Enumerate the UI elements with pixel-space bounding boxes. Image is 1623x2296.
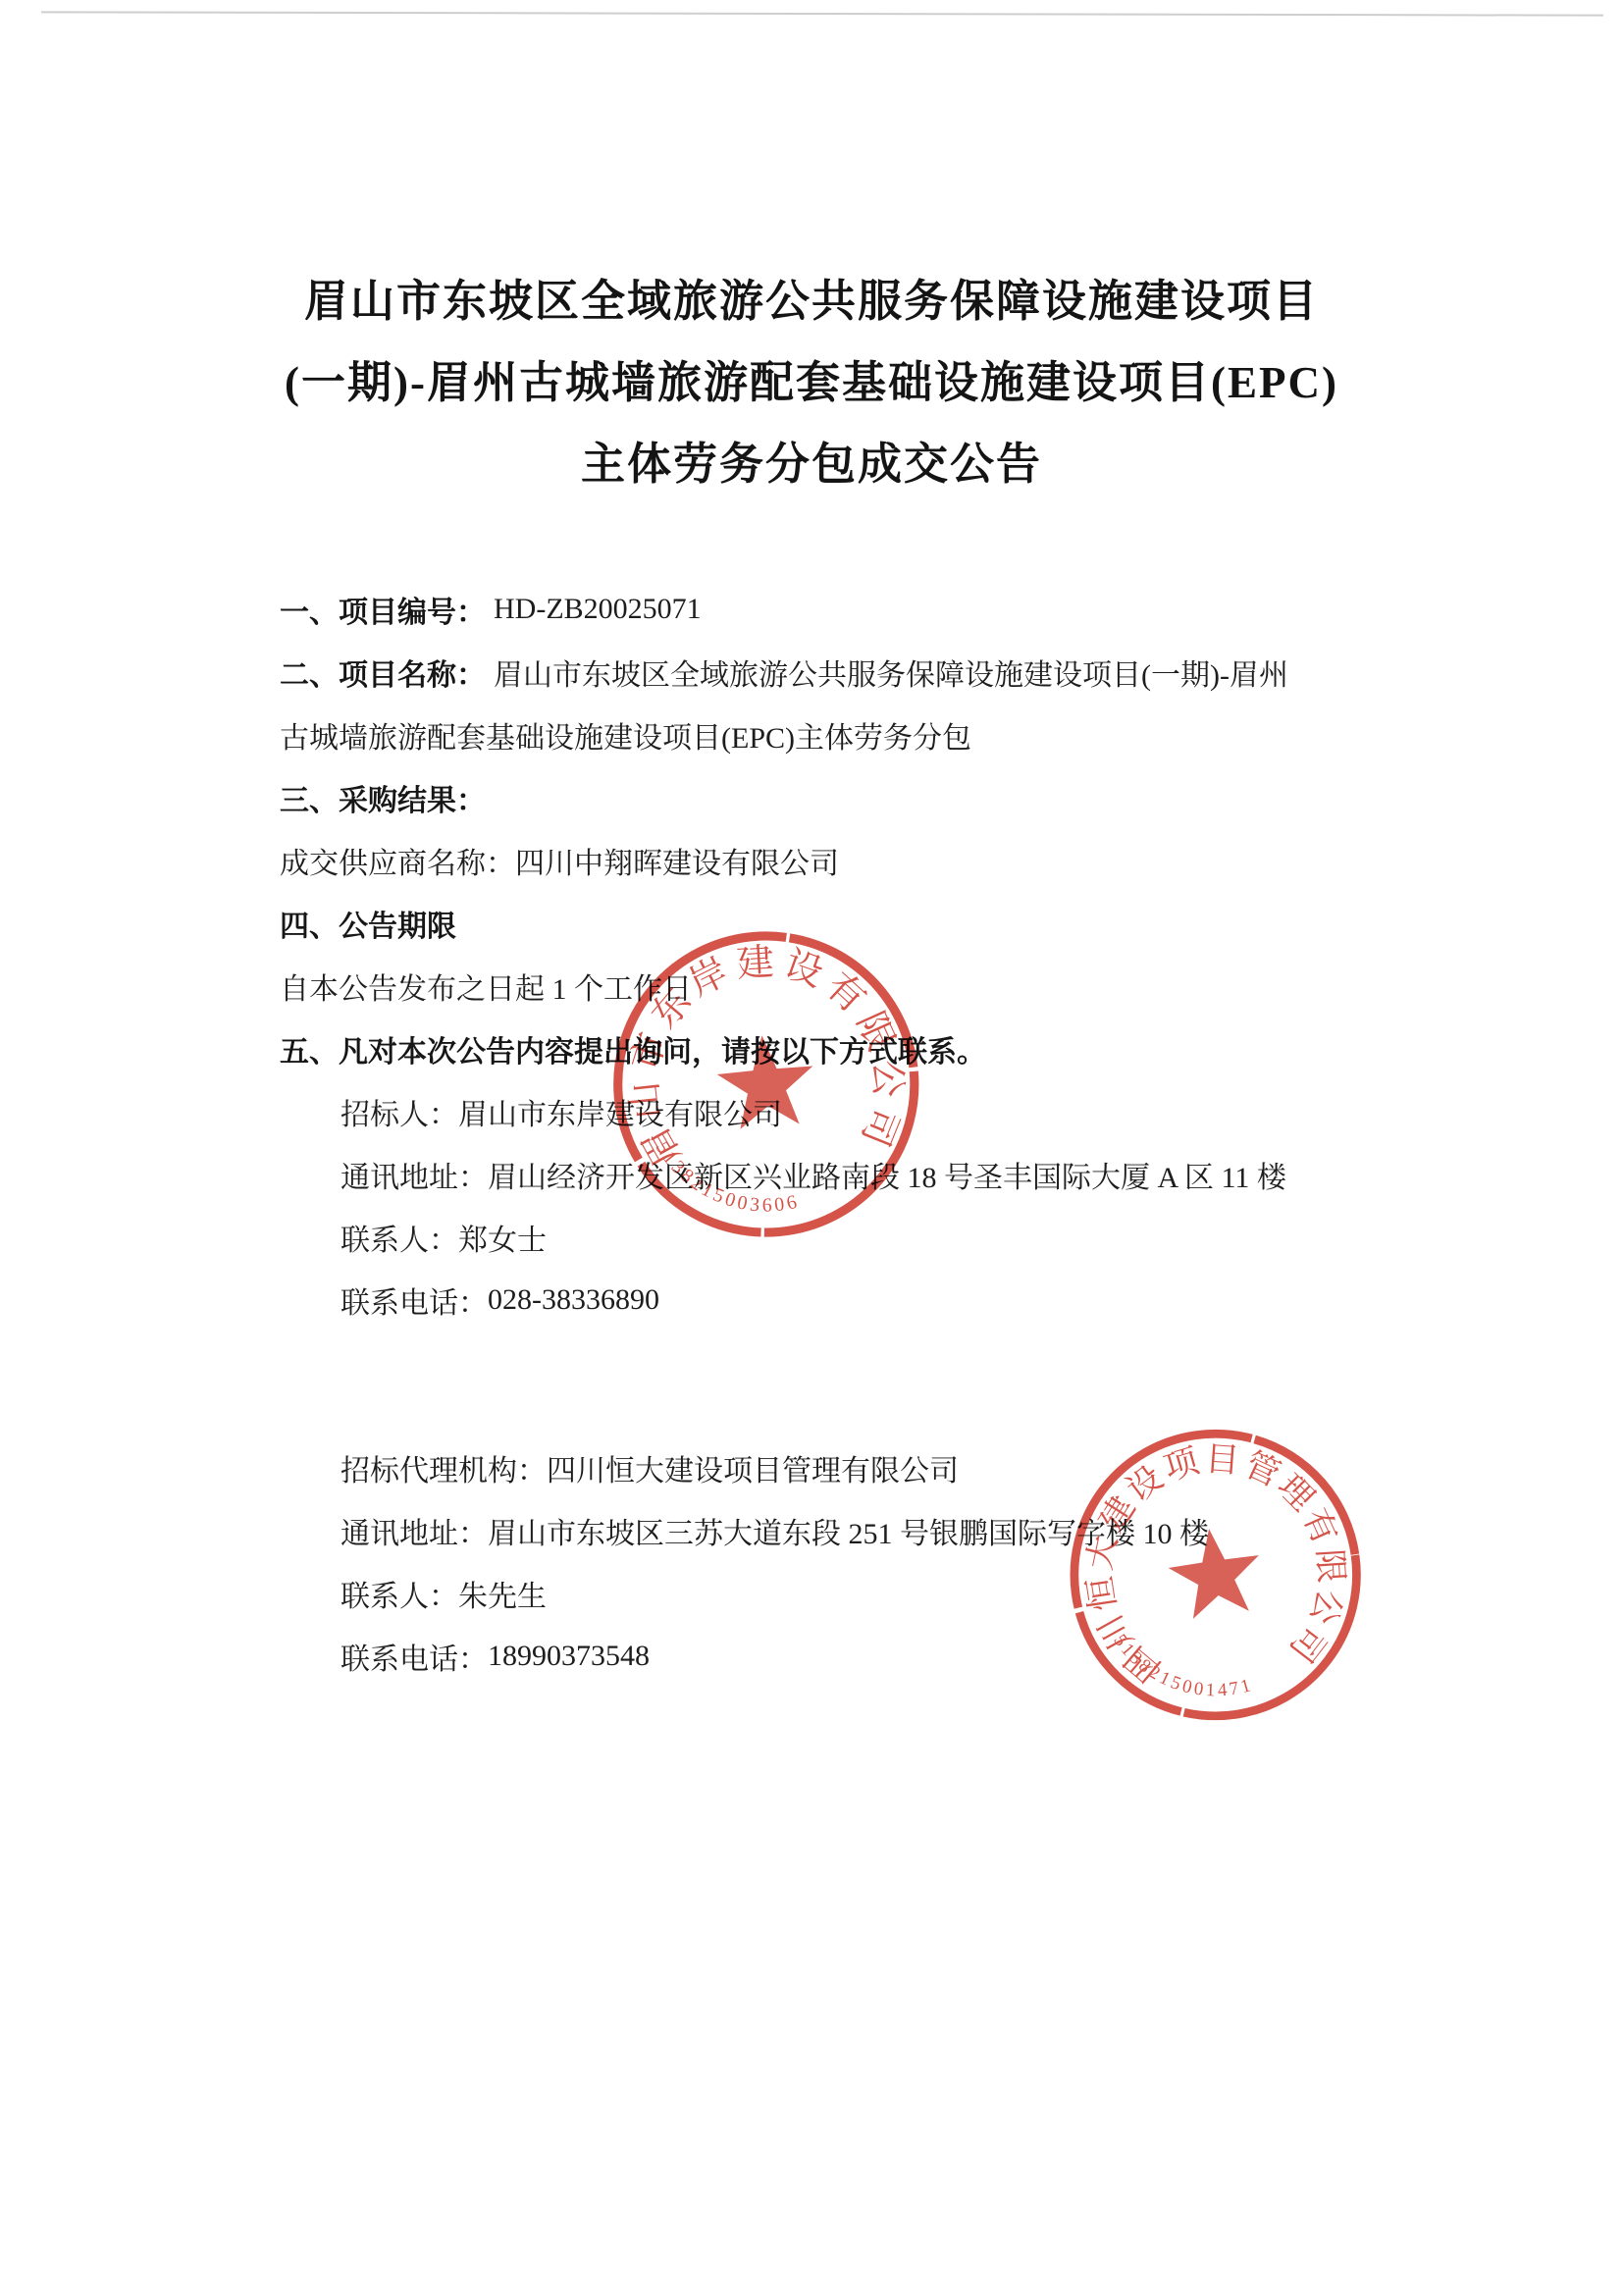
agency-contact-label: 联系人： — [340, 1572, 458, 1615]
project-number-value: HD-ZB20025071 — [486, 593, 702, 626]
supplier-label: 成交供应商名称： — [280, 839, 515, 882]
document-body: 一、项目编号： HD-ZB20025071 二、项目名称： 眉山市东坡区全域旅游… — [280, 578, 1486, 1688]
section-announcement-period: 四、公告期限 — [280, 892, 1486, 955]
field-agency-address: 通讯地址： 眉山市东坡区三苏大道东段 251 号银鹏国际写字楼 10 楼 — [340, 1499, 1486, 1562]
procurement-result-label: 三、采购结果： — [280, 776, 486, 819]
agency-address-label: 通讯地址： — [340, 1509, 488, 1552]
field-supplier: 成交供应商名称： 四川中翔晖建设有限公司 — [280, 829, 1486, 892]
section-procurement-result: 三、采购结果： — [280, 766, 1486, 829]
contact-notice-label: 五、凡对本次公告内容提出询问，请按以下方式联系。 — [280, 1027, 986, 1070]
tenderer-contact-label: 联系人： — [340, 1216, 458, 1259]
project-name-value: 眉山市东坡区全域旅游公共服务保障设施建设项目(一期)-眉州 — [486, 651, 1288, 694]
project-number-label: 一、项目编号： — [280, 588, 486, 631]
supplier-value: 四川中翔晖建设有限公司 — [515, 839, 839, 882]
tenderer-contact-value: 郑女士 — [458, 1216, 547, 1259]
title-line-1: 眉山市东坡区全域旅游公共服务保障设施建设项目 — [0, 261, 1623, 342]
document-page: 眉山市东坡区全域旅游公共服务保障设施建设项目 (一期)-眉州古城墙旅游配套基础设… — [0, 0, 1623, 2296]
field-agency-contact: 联系人： 朱先生 — [340, 1562, 1486, 1625]
document-title: 眉山市东坡区全域旅游公共服务保障设施建设项目 (一期)-眉州古城墙旅游配套基础设… — [0, 261, 1623, 505]
agency-label: 招标代理机构： — [340, 1446, 547, 1489]
field-tenderer-contact: 联系人： 郑女士 — [340, 1206, 1486, 1269]
agency-phone-value: 18990373548 — [488, 1640, 650, 1673]
field-tenderer-address: 通讯地址： 眉山经济开发区新区兴业路南段 18 号圣丰国际大厦 A 区 11 楼 — [340, 1143, 1486, 1206]
title-line-2: (一期)-眉州古城墙旅游配套基础设施建设项目(EPC) — [0, 342, 1623, 424]
agency-address-value: 眉山市东坡区三苏大道东段 251 号银鹏国际写字楼 10 楼 — [488, 1509, 1209, 1552]
field-project-name-wrap: 古城墙旅游配套基础设施建设项目(EPC)主体劳务分包 — [280, 704, 1486, 766]
tenderer-address-value: 眉山经济开发区新区兴业路南段 18 号圣丰国际大厦 A 区 11 楼 — [488, 1153, 1286, 1196]
agency-phone-label: 联系电话： — [340, 1635, 488, 1678]
tenderer-address-label: 通讯地址： — [340, 1153, 488, 1196]
scan-artifact-line — [41, 11, 1603, 16]
field-agency-phone: 联系电话： 18990373548 — [340, 1625, 1486, 1688]
agency-value: 四川恒大建设项目管理有限公司 — [547, 1446, 959, 1489]
tenderer-phone-value: 028-38336890 — [488, 1283, 659, 1317]
agency-contact-value: 朱先生 — [458, 1572, 547, 1615]
field-project-name: 二、项目名称： 眉山市东坡区全域旅游公共服务保障设施建设项目(一期)-眉州 — [280, 641, 1486, 704]
tenderer-value: 眉山市东岸建设有限公司 — [458, 1090, 782, 1133]
field-project-number: 一、项目编号： HD-ZB20025071 — [280, 578, 1486, 641]
field-tenderer-phone: 联系电话： 028-38336890 — [340, 1269, 1486, 1331]
project-name-label: 二、项目名称： — [280, 651, 486, 694]
tenderer-label: 招标人： — [340, 1090, 458, 1133]
title-line-3: 主体劳务分包成交公告 — [0, 424, 1623, 505]
tenderer-phone-label: 联系电话： — [340, 1278, 488, 1322]
field-tenderer: 招标人： 眉山市东岸建设有限公司 — [340, 1080, 1486, 1143]
announcement-period-label: 四、公告期限 — [280, 902, 456, 945]
field-period-text: 自本公告发布之日起 1 个工作日 — [280, 955, 1486, 1018]
section-contact-notice: 五、凡对本次公告内容提出询问，请按以下方式联系。 — [280, 1018, 1486, 1080]
field-agency: 招标代理机构： 四川恒大建设项目管理有限公司 — [340, 1436, 1486, 1499]
